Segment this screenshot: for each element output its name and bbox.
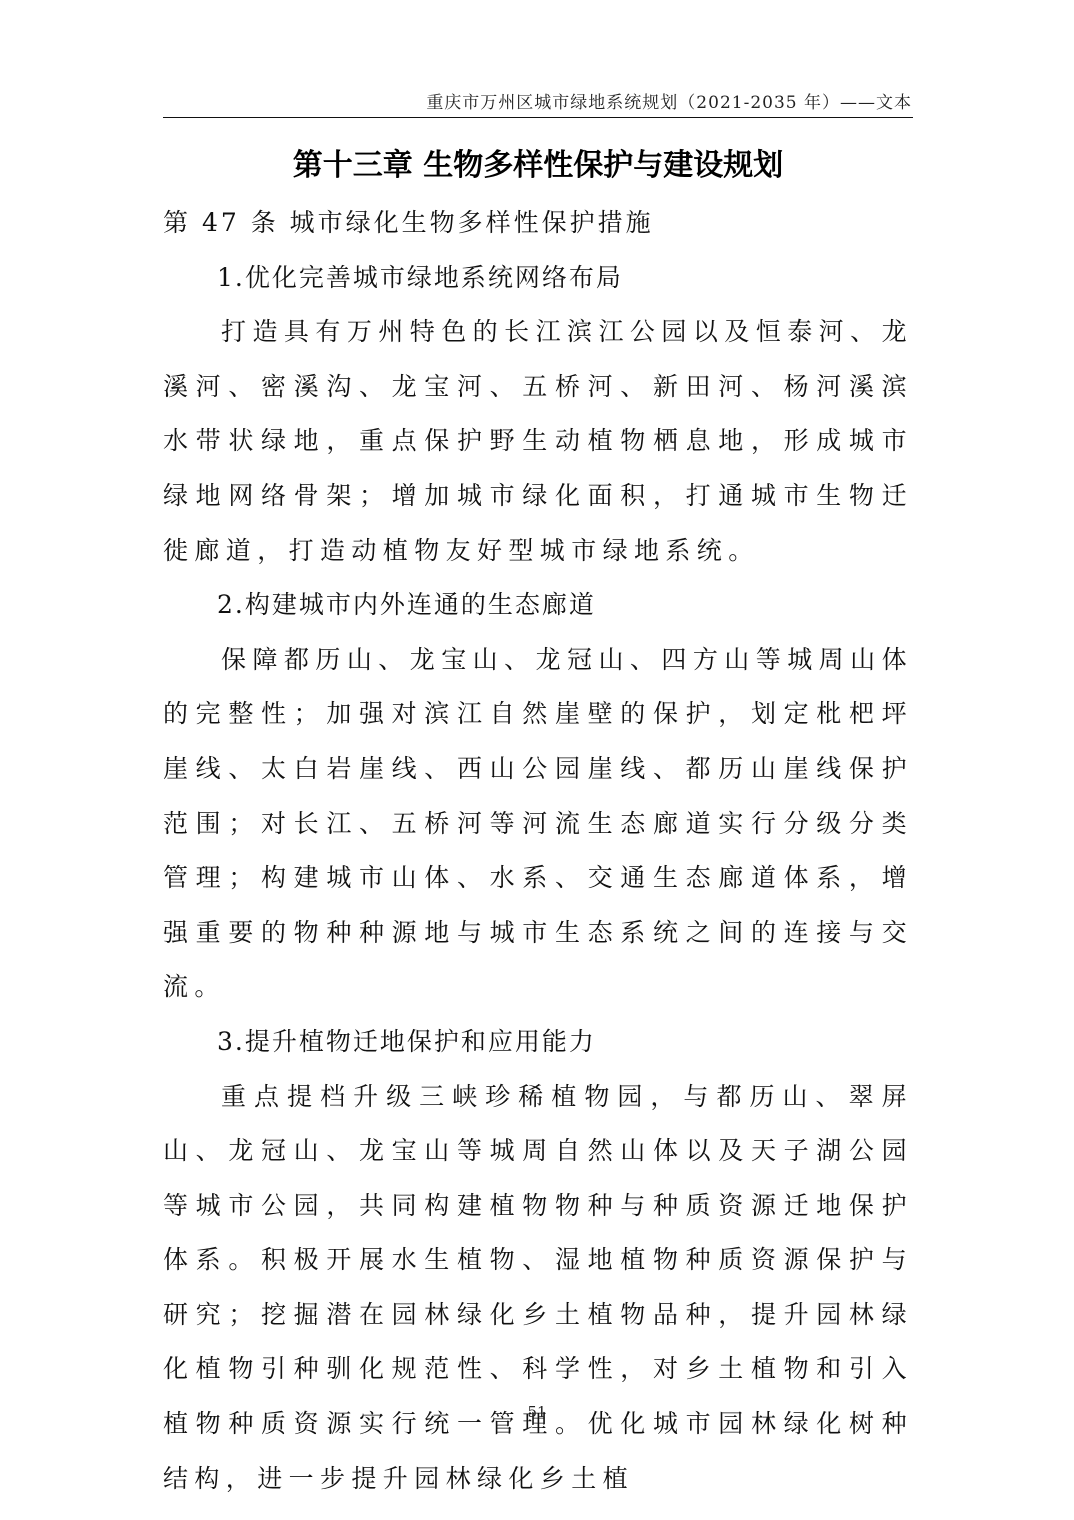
section-heading-2: 2.构建城市内外连通的生态廊道 <box>163 578 913 633</box>
section-heading-1: 1.优化完善城市绿地系统网络布局 <box>163 251 913 306</box>
chapter-title: 第十三章 生物多样性保护与建设规划 <box>163 140 913 184</box>
section-paragraph-1: 打造具有万州特色的长江滨江公园以及恒泰河、龙溪河、密溪沟、龙宝河、五桥河、新田河… <box>163 305 913 578</box>
running-header: 重庆市万州区城市绿地系统规划（2021-2035 年）——文本 <box>163 88 912 113</box>
section-heading-3: 3.提升植物迁地保护和应用能力 <box>163 1015 913 1070</box>
page-number: 51 <box>0 1403 1074 1421</box>
header-rule <box>163 117 913 118</box>
section-paragraph-2: 保障都历山、龙宝山、龙冠山、四方山等城周山体的完整性；加强对滨江自然崖壁的保护，… <box>163 633 913 1015</box>
document-body: 第 47 条 城市绿化生物多样性保护措施 1.优化完善城市绿地系统网络布局 打造… <box>163 196 913 1506</box>
section-paragraph-3: 重点提档升级三峡珍稀植物园，与都历山、翠屏山、龙冠山、龙宝山等城周自然山体以及天… <box>163 1070 913 1507</box>
article-title: 第 47 条 城市绿化生物多样性保护措施 <box>163 196 913 251</box>
